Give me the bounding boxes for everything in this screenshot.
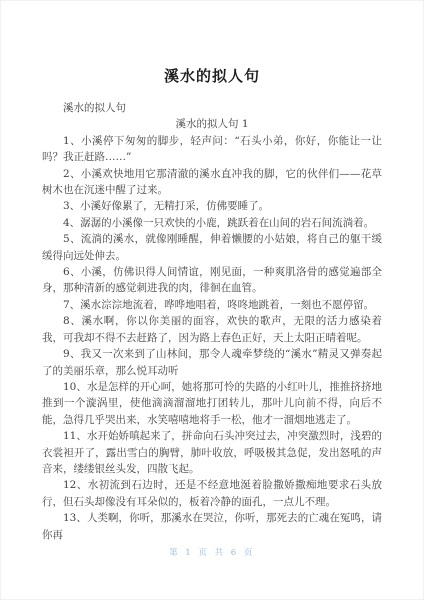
body-paragraph-2: 2、小溪欢快地用它那清澈的溪水直冲我的脚，它的伙伴们——花草树木也在沉迷中醒了过… [42,166,382,199]
body-paragraph-1: 1、小溪停下匆匆的脚步，轻声问：“石头小弟，你好，你能让一让吗？我正赶路……” [42,133,382,166]
document-subtitle: 溪水的拟人句 [42,100,382,116]
page-number-footer: 第 1 页 共 6 页 [1,546,423,558]
body-paragraph-10: 10、水是怎样的开心呵，她将那可怜的失路的小红叶儿，推推挤挤地推到一个漩涡里，使… [42,379,382,428]
body-paragraph-4: 4、潺潺的小溪像一只欢快的小鹿，跳跃着在山间的岩石间流淌着。 [42,215,382,231]
body-paragraph-12: 12、水初流到石边时，还是不经意地涎着脸撒娇撒痴地要求石头放行，但石头却像没有耳… [42,477,382,510]
body-paragraph-6: 6、小溪，仿佛识得人间情谊，刚见面，一种爽肌洛骨的感觉遍部全身，那种清新的感觉刺… [42,264,382,297]
body-paragraph-9: 9、我又一次来到了山林间，那令人魂牵梦绕的“溪水”精灵又弹奏起了的美丽乐章，那么… [42,346,382,379]
body-paragraph-13: 13、人类啊，你听，那溪水在哭泣，你听，那死去的亡魂在冤鸣，请你再 [42,510,382,543]
body-paragraph-11: 11、水开始娇嗔起来了，拼命向石头冲突过去，冲突激烈时，浅碧的衣裳袒开了，露出雪… [42,428,382,477]
body-paragraph-3: 3、小溪好像累了，无精打采，仿佛要睡了。 [42,198,382,214]
section-heading: 溪水的拟人句 1 [42,116,382,132]
document-page: 溪水的拟人句 溪水的拟人句 溪水的拟人句 1 1、小溪停下匆匆的脚步，轻声问：“… [0,0,424,600]
body-paragraph-8: 8、溪水啊，你以你美丽的面容，欢快的歌声，无限的活力感染着我，可我却不得不去赶路… [42,313,382,346]
document-title: 溪水的拟人句 [1,1,423,86]
body-paragraph-5: 5、流淌的溪水，就像刚睡醒，伸着懒腰的小姑娘，将自己的躯干缓缓得向远处伸去。 [42,231,382,264]
body-paragraph-7: 7、溪水淙淙地流着，哗哗地唱着，咚咚地跳着，一刻也不愿停留。 [42,297,382,313]
document-body: 溪水的拟人句 溪水的拟人句 1 1、小溪停下匆匆的脚步，轻声问：“石头小弟，你好… [42,100,382,543]
